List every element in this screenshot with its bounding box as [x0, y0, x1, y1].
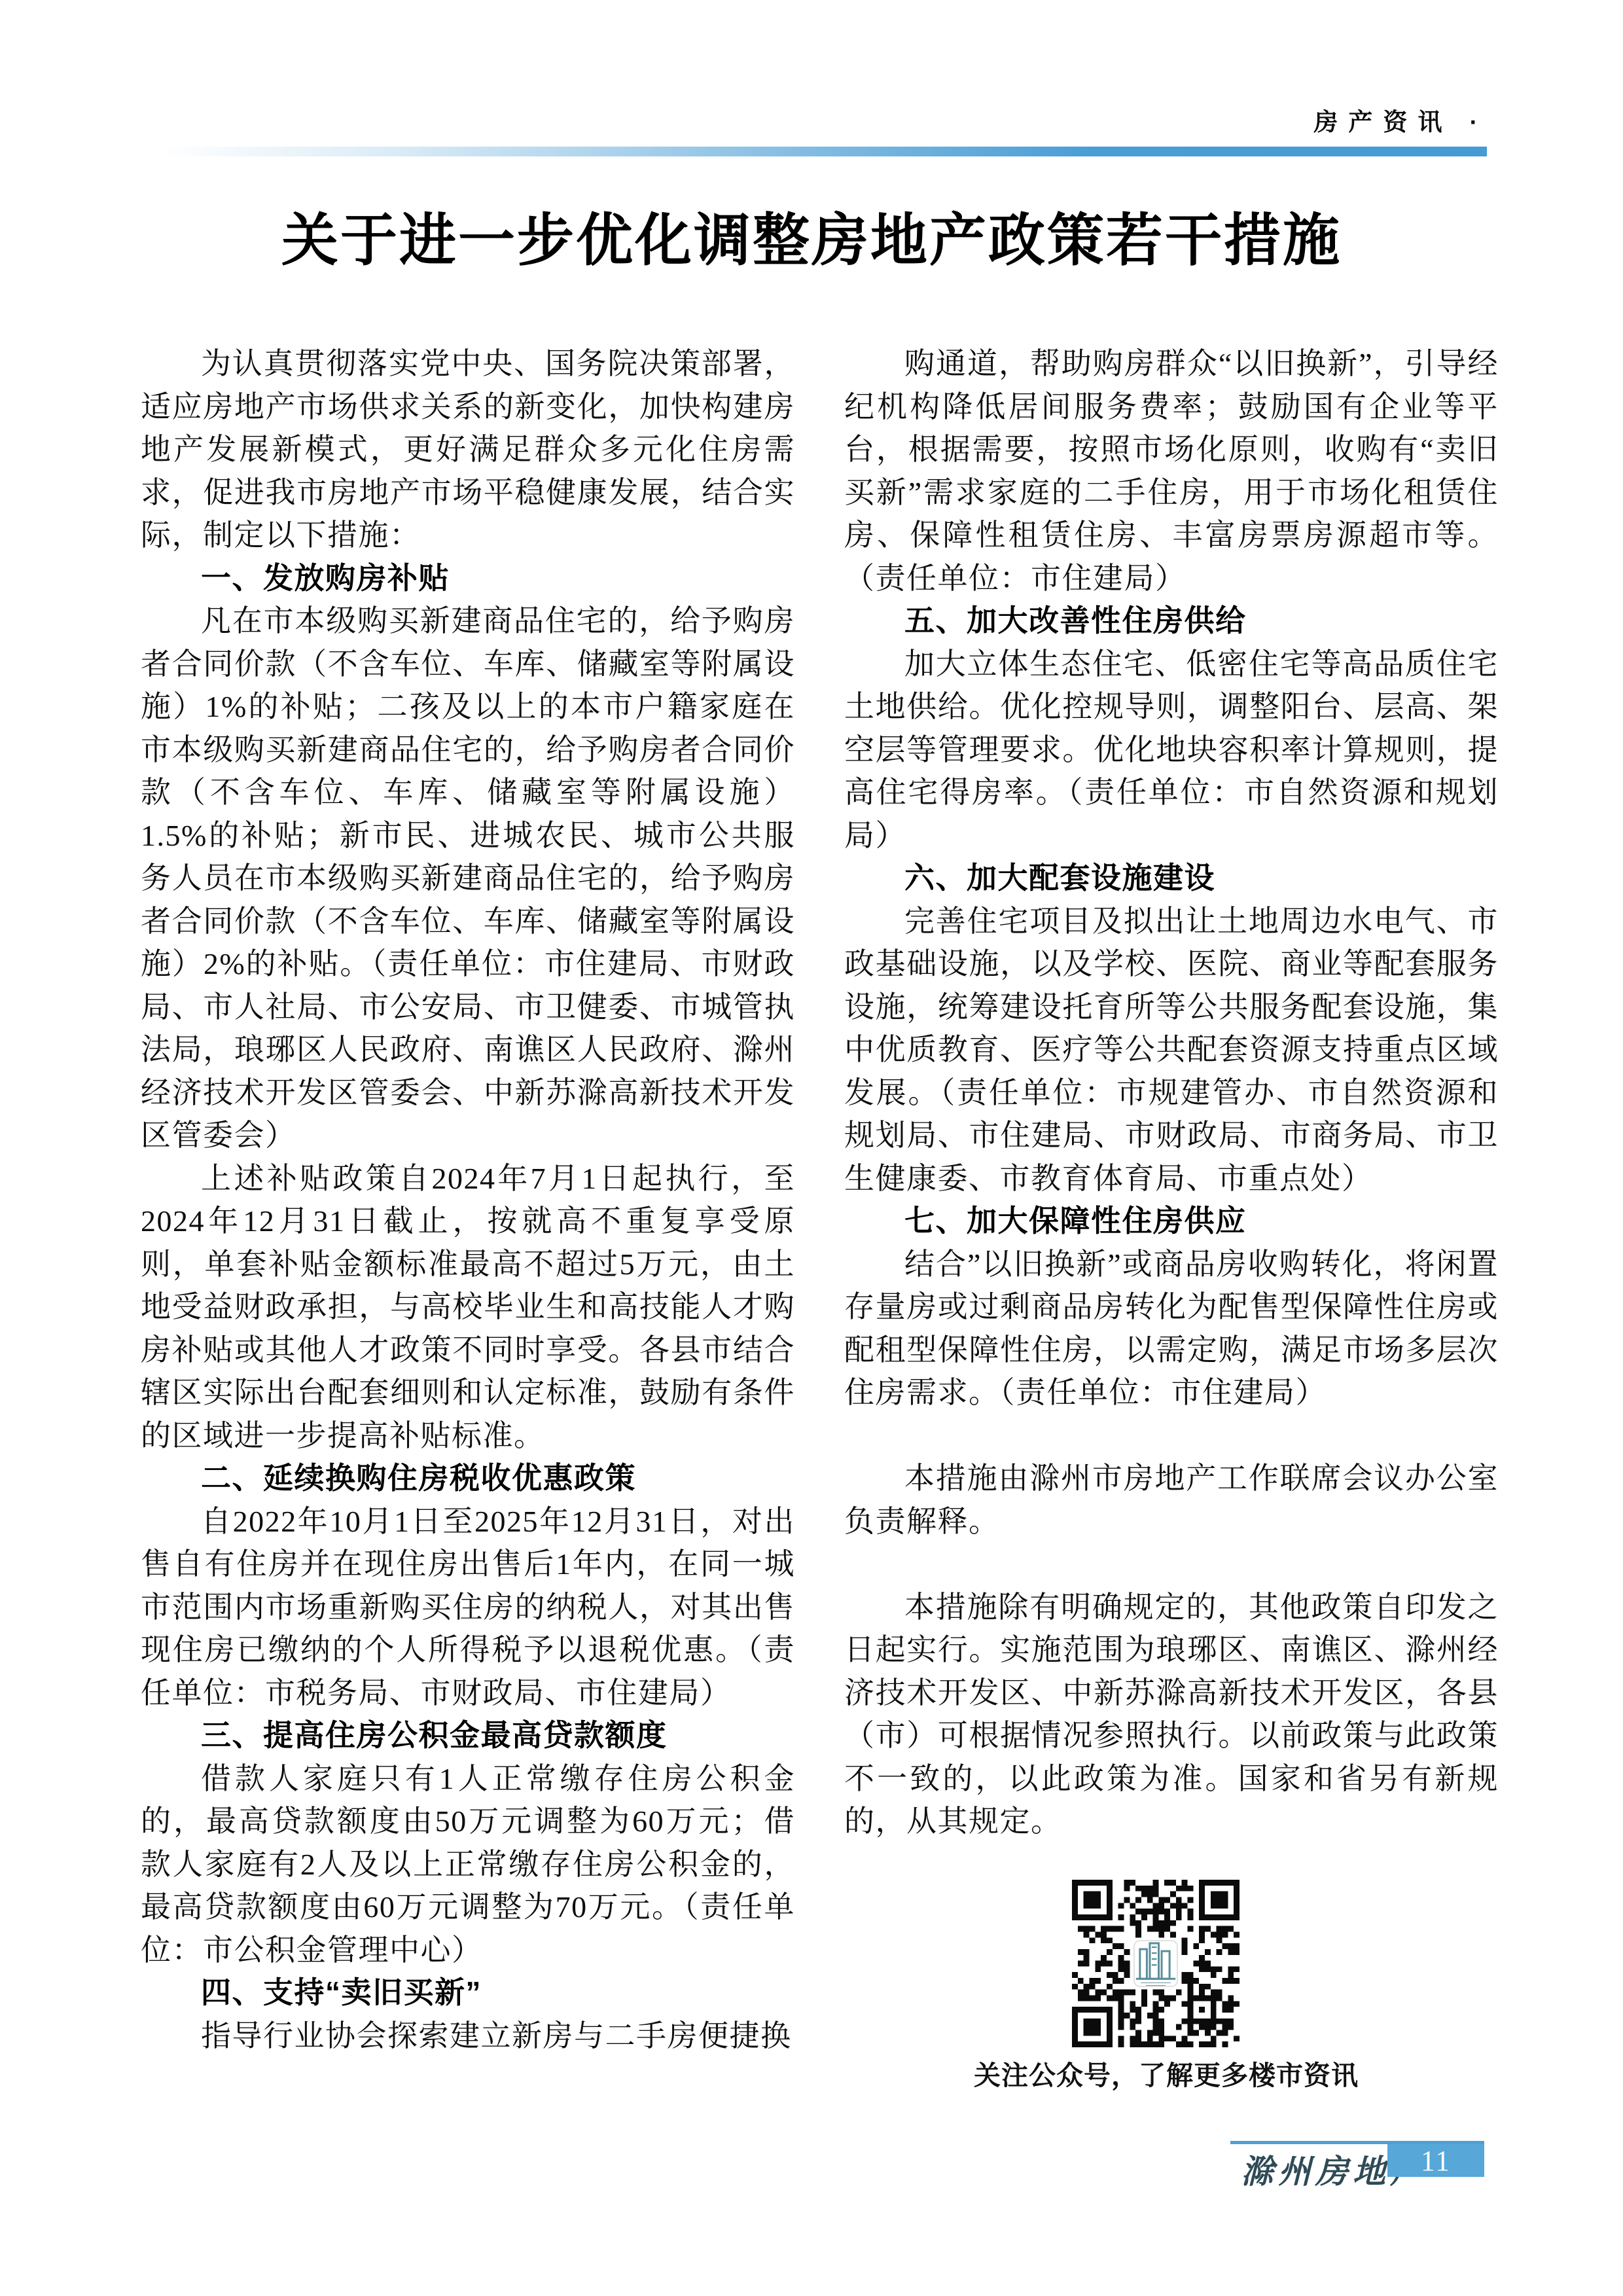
blank-line	[844, 1414, 1499, 1458]
body-paragraph: 自2022年10月1日至2025年12月31日，对出售自有住房并在现住房出售后1…	[141, 1500, 795, 1715]
section-heading: 二、延续换购住房税收优惠政策	[141, 1457, 795, 1500]
page-number: 11	[1421, 2144, 1451, 2178]
body-paragraph: 完善住宅项目及拟出让土地周边水电气、市政基础设施，以及学校、医院、商业等配套服务…	[844, 900, 1499, 1200]
body-paragraph: 本措施除有明确规定的，其他政策自印发之日起实行。实施范围为琅琊区、南谯区、滁州经…	[844, 1586, 1499, 1843]
section-heading: 六、加大配套设施建设	[844, 857, 1499, 900]
body-paragraph: 本措施由滁州市房地产工作联席会议办公室负责解释。	[844, 1457, 1499, 1543]
page-title: 关于进一步优化调整房地产政策若干措施	[0, 198, 1623, 283]
logo-text-line	[1146, 1985, 1166, 1986]
blank-line	[844, 1543, 1499, 1586]
section-heading: 五、加大改善性住房供给	[844, 600, 1499, 643]
logo-text-line	[1141, 1982, 1171, 1983]
building-icon	[1072, 1941, 1240, 1981]
body-paragraph: 为认真贯彻落实党中央、国务院决策部署，适应房地产市场供求关系的新变化，加快构建房…	[141, 342, 795, 557]
body-paragraph: 借款人家庭只有1人正常缴存住房公积金的，最高贷款额度由50万元调整为60万元；借…	[141, 1757, 795, 1972]
body-paragraph: 加大立体生态住宅、低密住宅等高品质住宅土地供给。优化控规导则，调整阳台、层高、架…	[844, 643, 1499, 857]
body-paragraph: 结合”以旧换新”或商品房收购转化，将闲置存量房或过剩商品房转化为配售型保障性住房…	[844, 1243, 1499, 1414]
qr-code	[1072, 1880, 1240, 2047]
qr-center-logo	[1133, 1940, 1178, 1987]
section-label: 房产资讯 ·	[1313, 102, 1488, 137]
right-column: 购通道，帮助购房群众“以旧换新”，引导经纪机构降低居间服务费率；鼓励国有企业等平…	[844, 342, 1499, 1843]
page-number-badge: 11	[1387, 2144, 1484, 2177]
section-heading: 七、加大保障性住房供应	[844, 1200, 1499, 1243]
qr-caption: 关注公众号，了解更多楼市资讯	[974, 2054, 1359, 2092]
body-paragraph: 购通道，帮助购房群众“以旧换新”，引导经纪机构降低居间服务费率；鼓励国有企业等平…	[844, 342, 1499, 600]
body-paragraph: 凡在市本级购买新建商品住宅的，给予购房者合同价款（不含车位、车库、储藏室等附属设…	[141, 600, 795, 1157]
header-gradient-bar	[160, 147, 1487, 156]
section-heading: 三、提高住房公积金最高贷款额度	[141, 1714, 795, 1757]
body-paragraph: 上述补贴政策自2024年7月1日起执行，至2024年12月31日截止，按就高不重…	[141, 1157, 795, 1458]
left-column: 为认真贯彻落实党中央、国务院决策部署，适应房地产市场供求关系的新变化，加快构建房…	[141, 342, 795, 2057]
section-heading: 一、发放购房补贴	[141, 557, 795, 600]
magazine-page: 房产资讯 · 关于进一步优化调整房地产政策若干措施 为认真贯彻落实党中央、国务院…	[0, 0, 1623, 2296]
body-paragraph: 指导行业协会探索建立新房与二手房便捷换	[141, 2015, 795, 2058]
section-heading: 四、支持“卖旧买新”	[141, 1971, 795, 2015]
